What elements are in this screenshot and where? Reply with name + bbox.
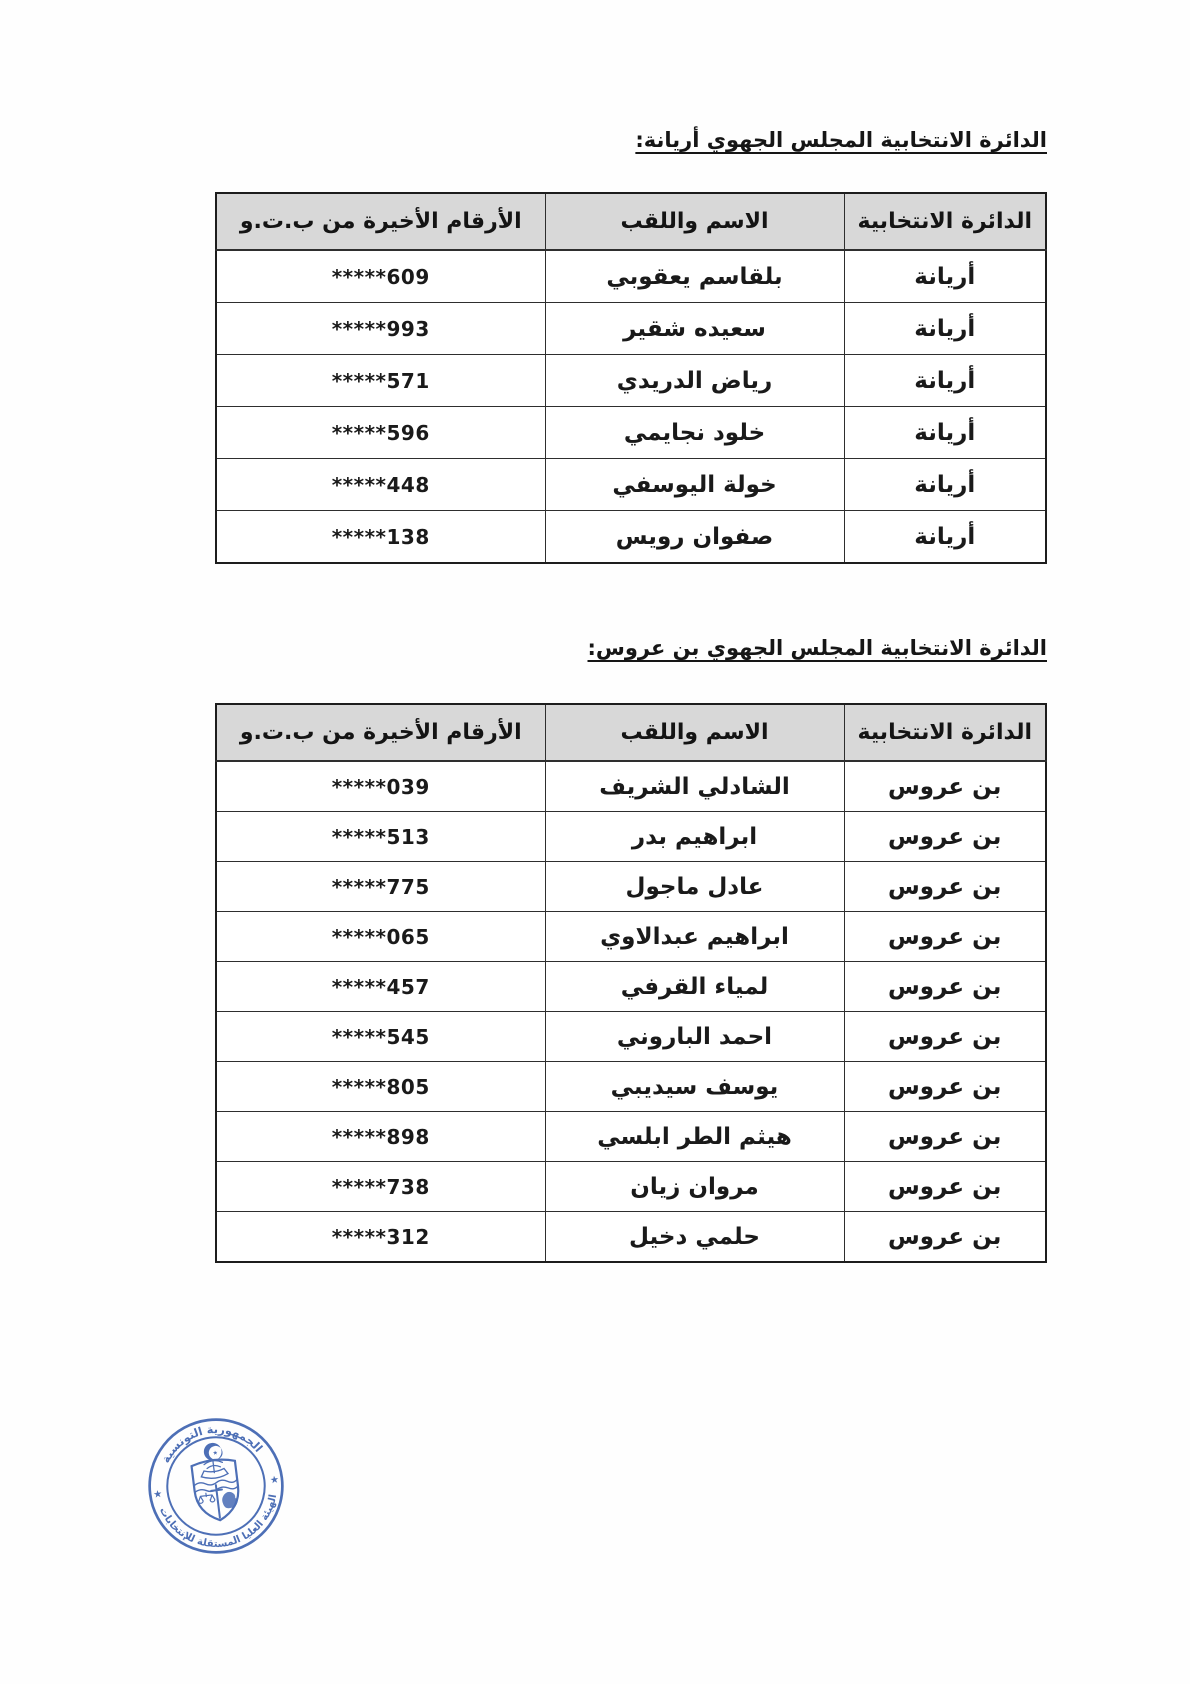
district-cell: بن عروس [844, 962, 1046, 1012]
table-row: بن عروس هيثم الطر ابلسي *****898 [216, 1112, 1046, 1162]
name-cell: سعيده شقير [545, 303, 844, 355]
district-cell: بن عروس [844, 1112, 1046, 1162]
digits-cell: *****571 [216, 355, 545, 407]
district-cell: بن عروس [844, 1162, 1046, 1212]
name-cell: لمياء القرفي [545, 962, 844, 1012]
name-cell: ابراهيم عبدالاوي [545, 912, 844, 962]
section-title-ariana: الدائرة الانتخابية المجلس الجهوي أريانة: [217, 128, 1047, 152]
name-cell: حلمي دخيل [545, 1212, 844, 1263]
digits-cell: *****596 [216, 407, 545, 459]
district-cell: بن عروس [844, 1062, 1046, 1112]
district-cell: أريانة [844, 303, 1046, 355]
district-cell: بن عروس [844, 912, 1046, 962]
digits-cell: *****775 [216, 862, 545, 912]
table-row: بن عروس ابراهيم عبدالاوي *****065 [216, 912, 1046, 962]
digits-cell: *****312 [216, 1212, 545, 1263]
header-name: الاسم واللقب [545, 704, 844, 761]
district-cell: أريانة [844, 511, 1046, 564]
name-cell: خلود نجايمي [545, 407, 844, 459]
digits-cell: *****898 [216, 1112, 545, 1162]
electoral-table-ben-arous: الدائرة الانتخابية الاسم واللقب الأرقام … [215, 703, 1047, 1263]
table-header-row: الدائرة الانتخابية الاسم واللقب الأرقام … [216, 193, 1046, 250]
section-title-ben-arous: الدائرة الانتخابية المجلس الجهوي بن عروس… [217, 636, 1047, 660]
header-digits: الأرقام الأخيرة من ب.ت.و [216, 193, 545, 250]
digits-cell: *****065 [216, 912, 545, 962]
electoral-table-ariana: الدائرة الانتخابية الاسم واللقب الأرقام … [215, 192, 1047, 564]
district-cell: بن عروس [844, 1212, 1046, 1263]
table-row: بن عروس يوسف سيديبي *****805 [216, 1062, 1046, 1112]
table-row: أريانة بلقاسم يعقوبي *****609 [216, 250, 1046, 303]
name-cell: هيثم الطر ابلسي [545, 1112, 844, 1162]
name-cell: رياض الدريدي [545, 355, 844, 407]
table-row: أريانة رياض الدريدي *****571 [216, 355, 1046, 407]
district-cell: أريانة [844, 459, 1046, 511]
digits-cell: *****448 [216, 459, 545, 511]
name-cell: بلقاسم يعقوبي [545, 250, 844, 303]
table-row: أريانة سعيده شقير *****993 [216, 303, 1046, 355]
name-cell: احمد الباروني [545, 1012, 844, 1062]
table-row: بن عروس احمد الباروني *****545 [216, 1012, 1046, 1062]
name-cell: صفوان رويس [545, 511, 844, 564]
header-name: الاسم واللقب [545, 193, 844, 250]
stamp-left-star-icon: ★ [153, 1489, 163, 1501]
digits-cell: *****039 [216, 761, 545, 812]
table-row: بن عروس الشادلي الشريف *****039 [216, 761, 1046, 812]
digits-cell: *****609 [216, 250, 545, 303]
district-cell: أريانة [844, 250, 1046, 303]
table-row: بن عروس لمياء القرفي *****457 [216, 962, 1046, 1012]
digits-cell: *****138 [216, 511, 545, 564]
district-cell: بن عروس [844, 812, 1046, 862]
name-cell: الشادلي الشريف [545, 761, 844, 812]
stamp-bottom-arc-text: الهيئة العليا المستقلة للإنتخابات [156, 1492, 284, 1557]
table-row: أريانة خلود نجايمي *****596 [216, 407, 1046, 459]
digits-cell: *****993 [216, 303, 545, 355]
table-row: بن عروس ابراهيم بدر *****513 [216, 812, 1046, 862]
table-header-row: الدائرة الانتخابية الاسم واللقب الأرقام … [216, 704, 1046, 761]
scanned-document-page: الدائرة الانتخابية المجلس الجهوي أريانة:… [0, 0, 1190, 1684]
table-row: بن عروس مروان زيان *****738 [216, 1162, 1046, 1212]
district-cell: أريانة [844, 355, 1046, 407]
isie-stamp: الجمهورية التونسية الهيئة العليا المستقل… [132, 1402, 300, 1570]
district-cell: بن عروس [844, 862, 1046, 912]
name-cell: عادل ماجول [545, 862, 844, 912]
table-row: أريانة صفوان رويس *****138 [216, 511, 1046, 564]
digits-cell: *****805 [216, 1062, 545, 1112]
header-district: الدائرة الانتخابية [844, 193, 1046, 250]
name-cell: يوسف سيديبي [545, 1062, 844, 1112]
digits-cell: *****513 [216, 812, 545, 862]
table-row: بن عروس حلمي دخيل *****312 [216, 1212, 1046, 1263]
digits-cell: *****457 [216, 962, 545, 1012]
header-digits: الأرقام الأخيرة من ب.ت.و [216, 704, 545, 761]
crescent-star-icon: ★ [212, 1449, 218, 1457]
stamp-right-star-icon: ★ [269, 1475, 279, 1487]
table-row: أريانة خولة اليوسفي *****448 [216, 459, 1046, 511]
digits-cell: *****738 [216, 1162, 545, 1212]
district-cell: بن عروس [844, 1012, 1046, 1062]
district-cell: أريانة [844, 407, 1046, 459]
table-row: بن عروس عادل ماجول *****775 [216, 862, 1046, 912]
lion-icon [221, 1491, 238, 1509]
name-cell: خولة اليوسفي [545, 459, 844, 511]
district-cell: بن عروس [844, 761, 1046, 812]
digits-cell: *****545 [216, 1012, 545, 1062]
header-district: الدائرة الانتخابية [844, 704, 1046, 761]
name-cell: مروان زيان [545, 1162, 844, 1212]
name-cell: ابراهيم بدر [545, 812, 844, 862]
scales-icon [198, 1492, 215, 1503]
